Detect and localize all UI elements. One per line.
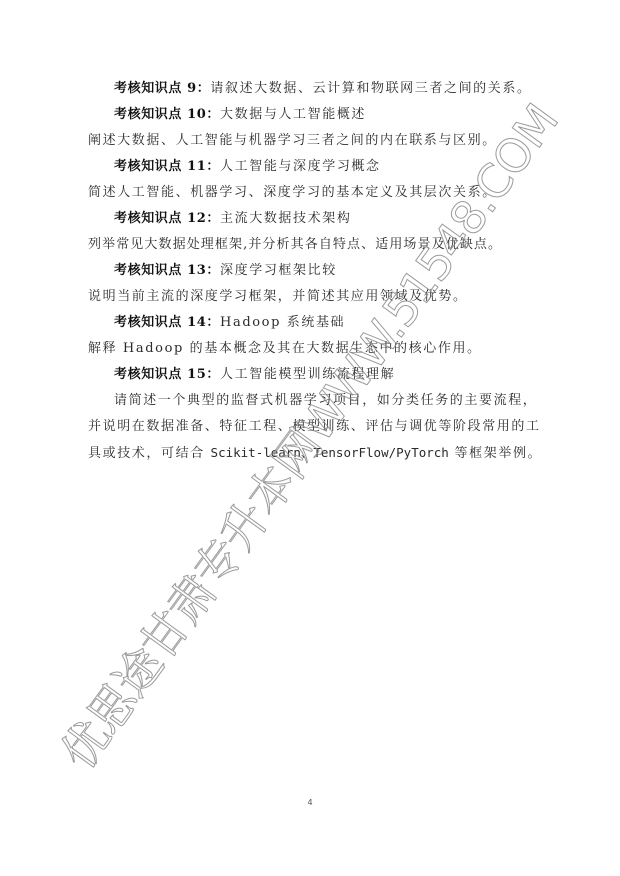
knowledge-point-label: 考核知识点 9： (114, 81, 210, 96)
knowledge-point-title: 主流大数据技术架构 (220, 211, 351, 226)
knowledge-point-title: 人工智能与深度学习概念 (220, 159, 381, 174)
knowledge-point-10: 考核知识点 10：大数据与人工智能概述 (88, 102, 534, 128)
knowledge-point-label: 考核知识点 10： (114, 107, 220, 122)
page-number: 4 (0, 798, 620, 807)
knowledge-point-label: 考核知识点 11： (114, 159, 220, 174)
paragraph-text: 具或技术，可结合 (88, 446, 211, 461)
knowledge-point-label: 考核知识点 15： (114, 367, 220, 382)
paragraph-text: 等框架举例。 (449, 446, 542, 461)
knowledge-point-title: Hadoop 系统基础 (220, 315, 345, 330)
knowledge-point-description: 说明当前主流的深度学习框架，并简述其应用领域及优势。 (88, 284, 534, 310)
knowledge-point-11: 考核知识点 11：人工智能与深度学习概念 (88, 154, 534, 180)
paragraph-line: 并说明在数据准备、特征工程、模型训练、评估与调优等阶段常用的工 (88, 414, 534, 440)
knowledge-point-14: 考核知识点 14：Hadoop 系统基础 (88, 310, 534, 336)
knowledge-point-title: 深度学习框架比较 (220, 263, 337, 278)
document-content: 考核知识点 9：请叙述大数据、云计算和物联网三者之间的关系。 考核知识点 10：… (88, 76, 534, 466)
knowledge-point-title: 请叙述大数据、云计算和物联网三者之间的关系。 (210, 81, 531, 96)
framework-names: Scikit-learn、TensorFlow/PyTorch (211, 445, 449, 460)
knowledge-point-15: 考核知识点 15：人工智能模型训练流程理解 (88, 362, 534, 388)
knowledge-point-title: 大数据与人工智能概述 (220, 107, 366, 122)
document-page: 考核知识点 9：请叙述大数据、云计算和物联网三者之间的关系。 考核知识点 10：… (0, 0, 620, 876)
knowledge-point-label: 考核知识点 13： (114, 263, 220, 278)
knowledge-point-title: 人工智能模型训练流程理解 (220, 367, 395, 382)
paragraph-line: 具或技术，可结合 Scikit-learn、TensorFlow/PyTorch… (88, 440, 534, 466)
knowledge-point-12: 考核知识点 12：主流大数据技术架构 (88, 206, 534, 232)
knowledge-point-description: 解释 Hadoop 的基本概念及其在大数据生态中的核心作用。 (88, 336, 534, 362)
knowledge-point-description: 列举常见大数据处理框架,并分析其各自特点、适用场景及优缺点。 (88, 232, 534, 258)
knowledge-point-label: 考核知识点 12： (114, 211, 220, 226)
paragraph-line: 请简述一个典型的监督式机器学习项目，如分类任务的主要流程， (88, 388, 534, 414)
knowledge-point-description: 阐述大数据、人工智能与机器学习三者之间的内在联系与区别。 (88, 128, 534, 154)
knowledge-point-9: 考核知识点 9：请叙述大数据、云计算和物联网三者之间的关系。 (88, 76, 534, 102)
knowledge-point-label: 考核知识点 14： (114, 315, 220, 330)
knowledge-point-13: 考核知识点 13：深度学习框架比较 (88, 258, 534, 284)
final-paragraph: 请简述一个典型的监督式机器学习项目，如分类任务的主要流程， 并说明在数据准备、特… (88, 388, 534, 466)
knowledge-point-description: 简述人工智能、机器学习、深度学习的基本定义及其层次关系。 (88, 180, 534, 206)
